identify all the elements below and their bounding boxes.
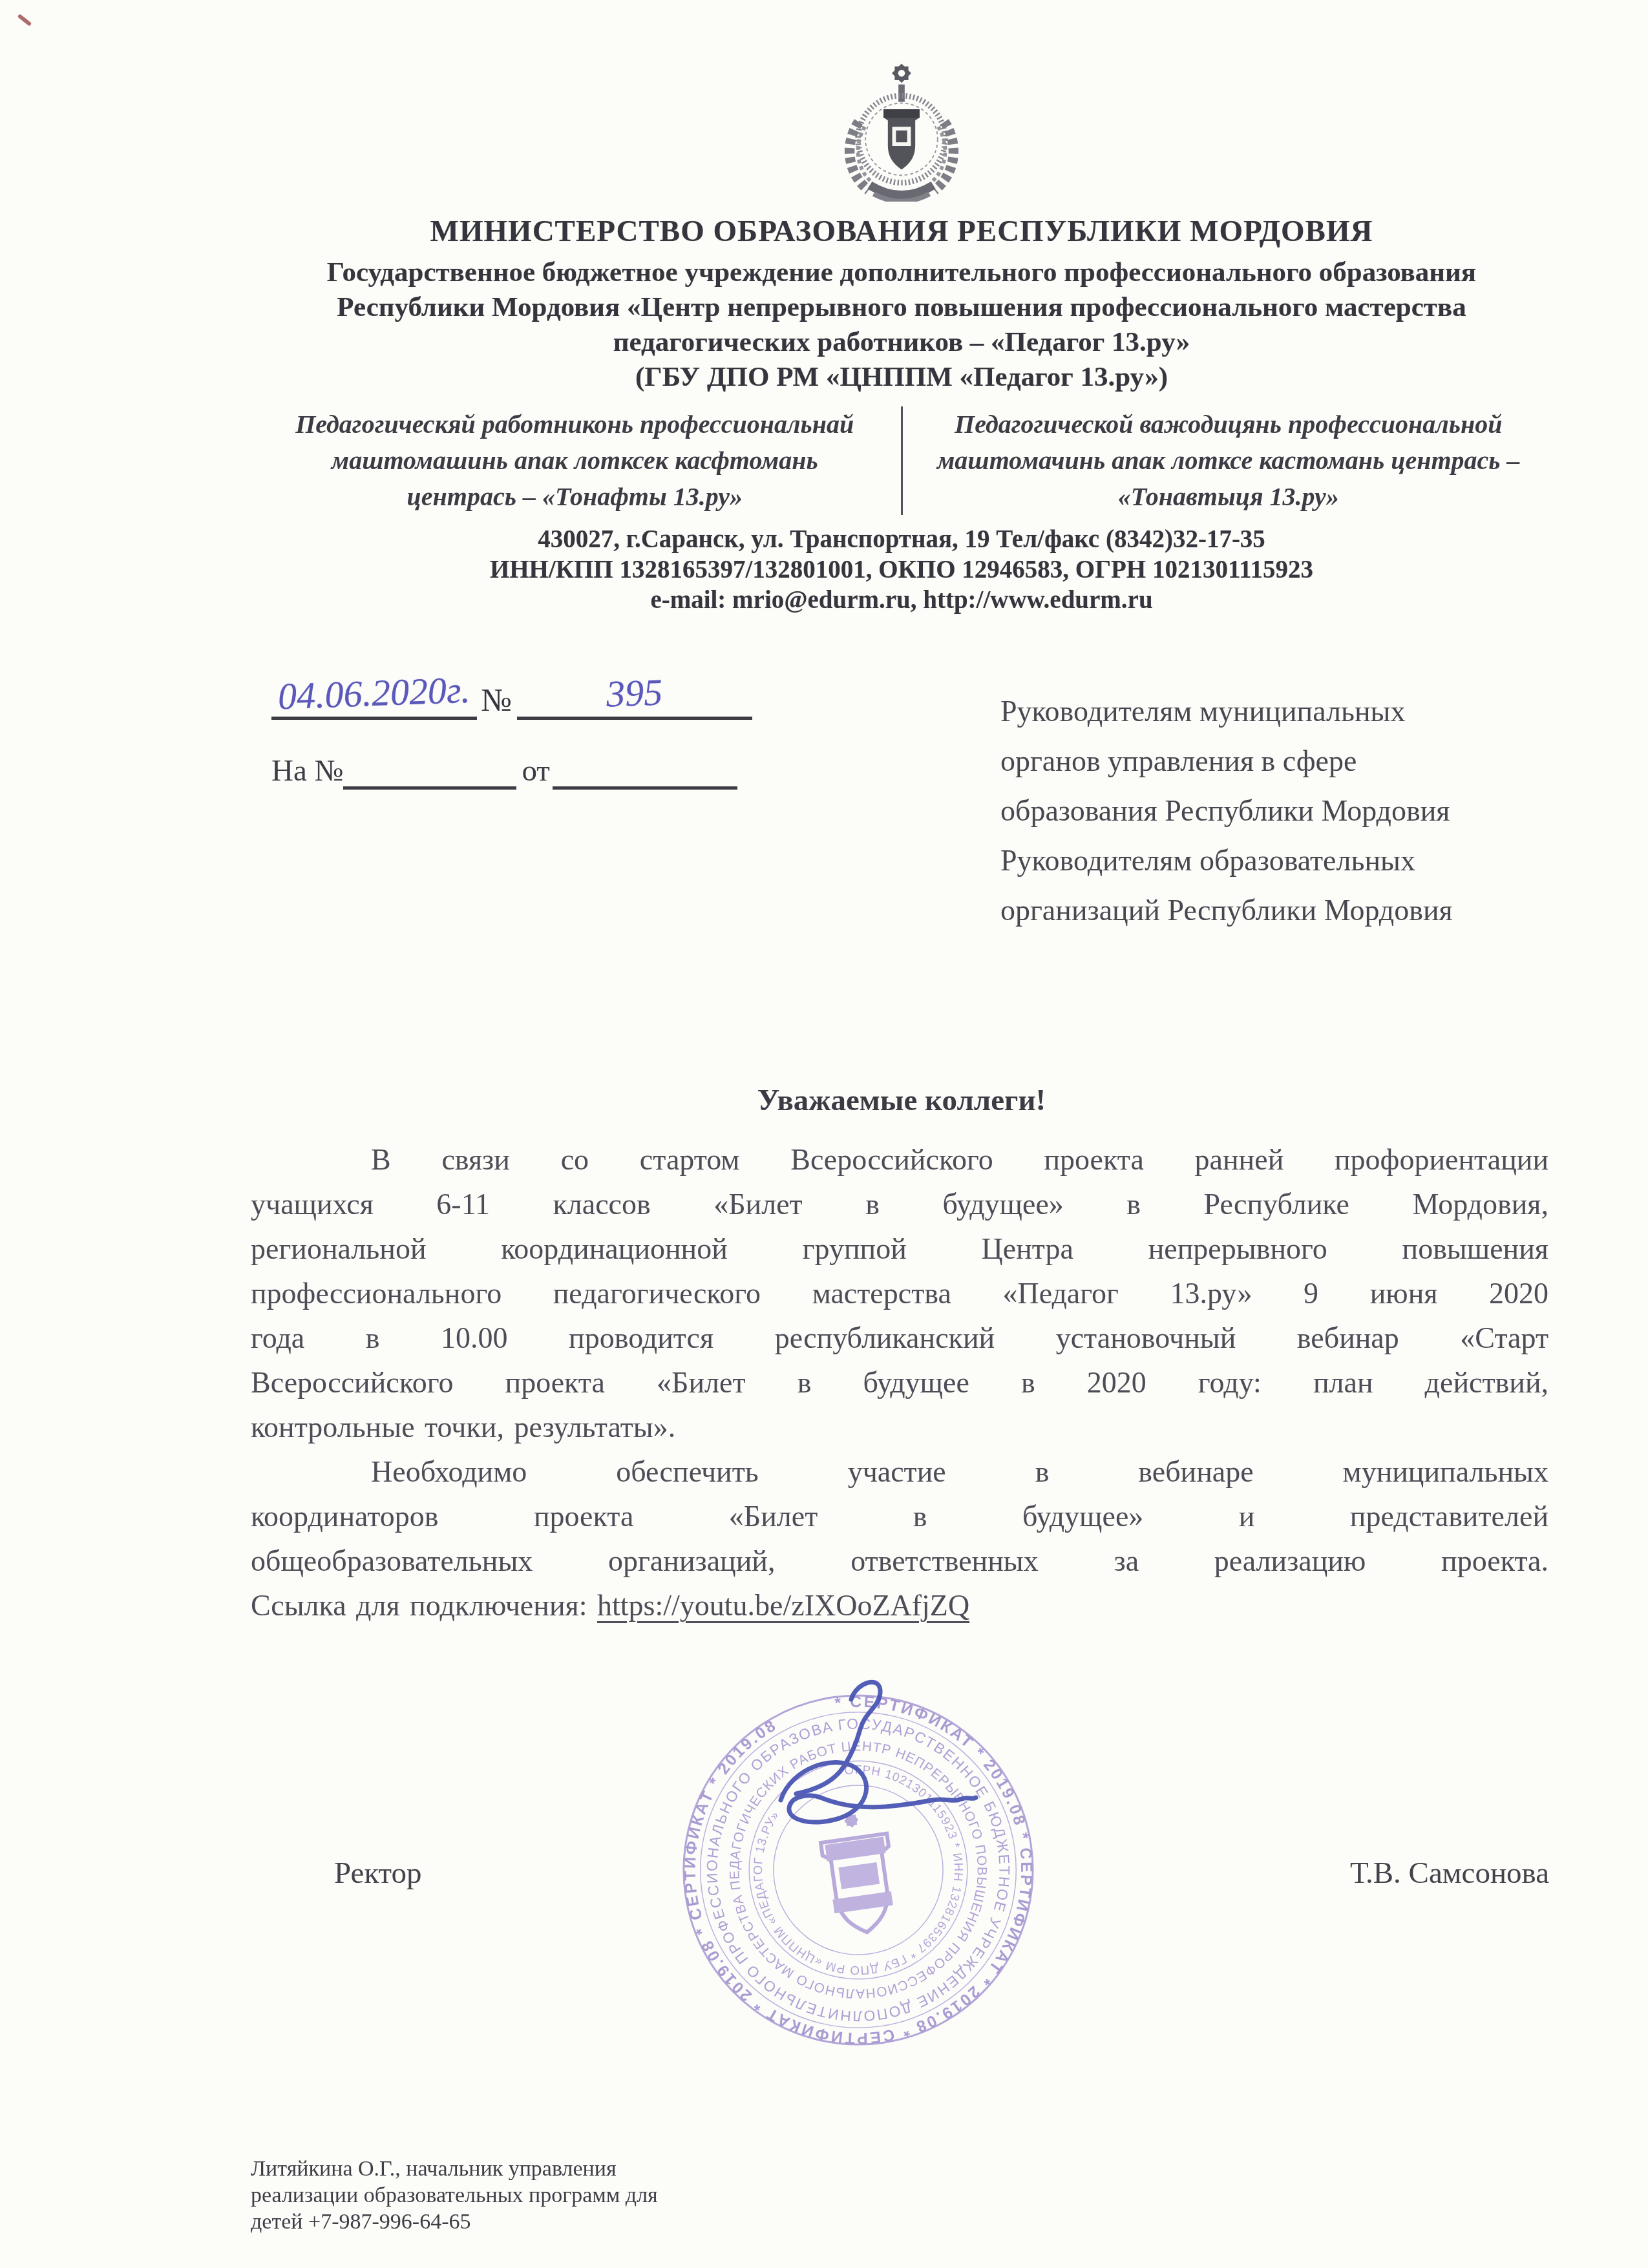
addressee-line: организаций Республики Мордовия: [1000, 885, 1569, 935]
body-line: координаторов проекта «Билет в будущее» …: [251, 1494, 1548, 1538]
ministry-title: МИНИСТЕРСТВО ОБРАЗОВАНИЯ РЕСПУБЛИКИ МОРД…: [249, 214, 1554, 249]
org-name-erzya: Педагогической важодицянь профессиональн…: [903, 406, 1555, 515]
letter-page: МИНИСТЕРСТВО ОБРАЗОВАНИЯ РЕСПУБЛИКИ МОРД…: [0, 0, 1648, 2268]
letterhead: МИНИСТЕРСТВО ОБРАЗОВАНИЯ РЕСПУБЛИКИ МОРД…: [249, 57, 1554, 615]
outgoing-reference-line: 04.06.2020г.№395: [271, 672, 995, 720]
body-line: года в 10.00 проводится республиканский …: [251, 1316, 1548, 1360]
signer-name: Т.В. Самсонова: [1350, 1856, 1549, 1891]
webinar-connection-link[interactable]: https://youtu.be/zIXOoZAfjZQ: [597, 1589, 969, 1622]
reference-block: 04.06.2020г.№395 На №от: [271, 672, 995, 790]
contact-block: 430027, г.Саранск, ул. Транспортная, 19 …: [249, 524, 1554, 615]
addressee-line: Руководителям муниципальных: [1000, 686, 1569, 736]
addressee-line: образования Республики Мордовия: [1000, 786, 1569, 835]
handwritten-number: 395: [606, 671, 663, 716]
body-line: региональной координационной группой Цен…: [251, 1226, 1548, 1271]
letter-body: В связи со стартом Всероссийского проект…: [251, 1137, 1548, 1628]
salutation: Уважаемые коллеги!: [249, 1083, 1554, 1118]
body-line: учащихся 6-11 классов «Билет в будущее» …: [251, 1182, 1548, 1226]
requisites-line: ИНН/КПП 1328165397/132801001, ОКПО 12946…: [249, 554, 1554, 585]
reply-number-field: [343, 742, 516, 790]
org-name-line: педагогических работников – «Педагог 13.…: [249, 325, 1554, 360]
handwritten-date: 04.06.2020г.: [277, 669, 470, 718]
body-line: В связи со стартом Всероссийского проект…: [251, 1137, 1548, 1182]
body-line: Необходимо обеспечить участие в вебинаре…: [251, 1449, 1548, 1494]
footer-line: детей +7-987-996-64-65: [251, 2209, 658, 2235]
addressee-line: Руководителям образовательных: [1000, 835, 1569, 885]
email-line: e-mail: mrio@edurm.ru, http://www.edurm.…: [249, 585, 1554, 615]
signer-role: Ректор: [334, 1856, 422, 1891]
reply-date-field: [553, 742, 737, 790]
signature-row: Ректор Т.В. Самсонова: [249, 1856, 1549, 1891]
scan-artifact-mark: [17, 14, 32, 26]
postal-address-line: 430027, г.Саранск, ул. Транспортная, 19 …: [249, 524, 1554, 554]
org-name-line: Государственное бюджетное учреждение доп…: [249, 255, 1554, 290]
executor-footer: Литяйкина О.Г., начальник управления реа…: [251, 2156, 658, 2235]
body-line: профессионального педагогического мастер…: [251, 1271, 1548, 1316]
org-name-line: Республики Мордовия «Центр непрерывного …: [249, 290, 1554, 325]
organization-name: Государственное бюджетное учреждение доп…: [249, 255, 1554, 395]
org-name-abbrev: (ГБУ ДПО РМ «ЦНППМ «Педагог 13.ру»): [249, 360, 1554, 395]
org-name-moksha: Педагогическяй работниконь профессиональ…: [249, 406, 901, 515]
footer-line: реализации образовательных программ для: [251, 2182, 658, 2209]
reply-number-label: На №: [271, 753, 343, 790]
number-sign: №: [477, 681, 517, 720]
addressee-block: Руководителям муниципальных органов упра…: [1000, 686, 1569, 935]
body-line: контрольные точки, результаты».: [251, 1405, 1548, 1449]
mordovia-coat-of-arms-icon: [835, 57, 968, 202]
link-prefix: Ссылка для подключения:: [251, 1589, 597, 1622]
outgoing-number-field: 395: [517, 672, 752, 720]
outgoing-date-field: 04.06.2020г.: [271, 672, 477, 720]
body-line-link: Ссылка для подключения: https://youtu.be…: [251, 1583, 1548, 1628]
body-line: общеобразовательных организаций, ответст…: [251, 1538, 1548, 1583]
footer-line: Литяйкина О.Г., начальник управления: [251, 2156, 658, 2182]
body-line: Всероссийского проекта «Билет в будущее …: [251, 1360, 1548, 1405]
reply-from-label: от: [516, 753, 552, 790]
bilingual-names: Педагогическяй работниконь профессиональ…: [249, 406, 1554, 515]
reply-reference-line: На №от: [271, 742, 995, 790]
addressee-line: органов управления в сфере: [1000, 736, 1569, 786]
